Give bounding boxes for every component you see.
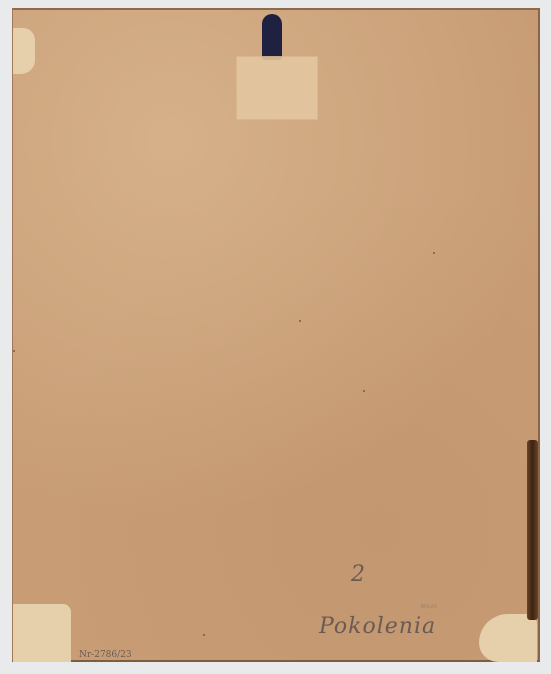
inventory-number: Nr-2786/23 <box>79 650 132 660</box>
peeled-corner-bottom-left <box>13 604 71 662</box>
peeled-corner-top-left <box>13 28 35 74</box>
speck <box>13 350 15 352</box>
handwritten-number: 2 <box>351 562 365 587</box>
tape-patch <box>236 56 318 120</box>
faded-stamp: ARLAX ... ... <box>409 604 449 622</box>
stamp-line: ... <box>409 616 449 622</box>
hanging-loop <box>262 14 282 60</box>
edge-stain <box>527 440 538 620</box>
speck <box>299 320 301 322</box>
speck <box>433 252 435 254</box>
speck <box>363 390 365 392</box>
peeled-corner-bottom-right <box>479 614 537 662</box>
speck <box>203 634 205 636</box>
